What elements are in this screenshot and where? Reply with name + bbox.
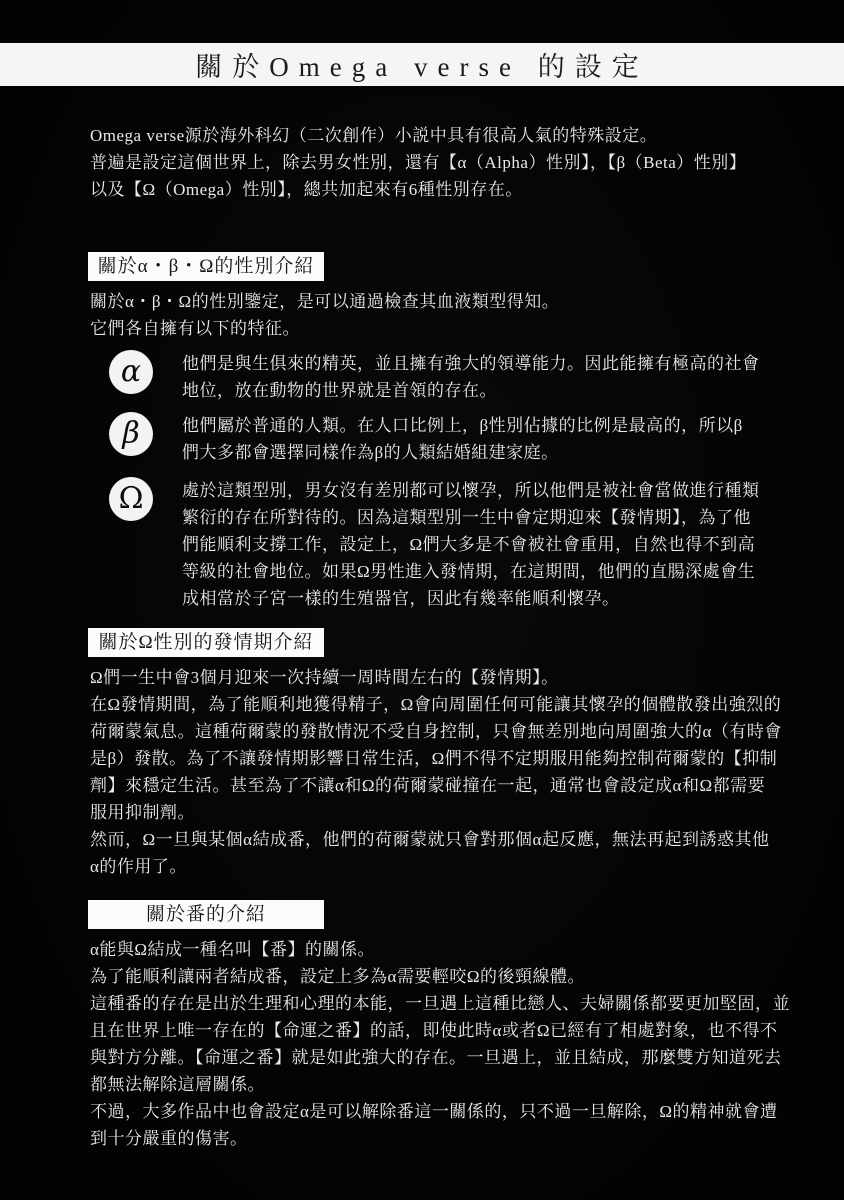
section-gender-types: 關於α・β・Ω的性別介紹 關於α・β・Ω的性別鑒定，是可以通過檢查其血液類型得知… (90, 252, 796, 612)
omega-badge-icon: Ω (109, 477, 153, 521)
intro-paragraph: Omega verse源於海外科幻（二次創作）小説中具有很高人氣的特殊設定。 普… (90, 122, 796, 203)
gender-types-heading-box: 關於α・β・Ω的性別介紹 (88, 252, 324, 281)
section-pair-bond: 關於番的介紹 α能與Ω結成一種名叫【番】的關係。 為了能順利讓兩者結成番，設定上… (90, 900, 796, 1152)
alpha-description: 他們是與生俱來的精英，並且擁有強大的領導能力。因此能擁有極高的社會 地位，放在動… (182, 350, 796, 404)
beta-description: 他們屬於普通的人類。在人口比例上，β性別佔據的比例是最高的，所以β 們大多都會選… (182, 412, 796, 466)
gender-types-heading-label: 關於α・β・Ω的性別介紹 (98, 253, 315, 280)
pair-bond-body: α能與Ω結成一種名叫【番】的關係。 為了能順利讓兩者結成番，設定上多為α需要輕咬… (90, 936, 796, 1152)
omegaverse-info-page: 關於Omega verse 的設定 Omega verse源於海外科幻（二次創作… (0, 0, 844, 1200)
gender-types-intro: 關於α・β・Ω的性別鑒定，是可以通過檢查其血液類型得知。 它們各自擁有以下的特征… (90, 288, 796, 342)
pair-bond-heading-label: 關於番的介紹 (146, 901, 266, 928)
beta-badge-icon: β (109, 412, 153, 456)
page-content: Omega verse源於海外科幻（二次創作）小説中具有很高人氣的特殊設定。 普… (90, 122, 796, 1152)
page-title: 關於Omega verse 的設定 (195, 45, 648, 84)
heat-period-body: Ω們一生中會3個月迎來一次持續一周時間左右的【發情期】。 在Ω發情期間，為了能順… (90, 664, 796, 880)
pair-bond-heading-box: 關於番的介紹 (88, 900, 324, 929)
section-heat-period: 關於Ω性別的發情期介紹 Ω們一生中會3個月迎來一次持續一周時間左右的【發情期】。… (90, 628, 796, 880)
heat-period-heading-box: 關於Ω性別的發情期介紹 (88, 628, 324, 657)
beta-row: β 他們屬於普通的人類。在人口比例上，β性別佔據的比例是最高的，所以β 們大多都… (90, 412, 796, 466)
omega-row: Ω 處於這類型別，男女沒有差別都可以懷孕，所以他們是被社會當做進行種類 繁衍的存… (90, 477, 796, 612)
alpha-badge-icon: α (109, 350, 153, 394)
title-band: 關於Omega verse 的設定 (0, 43, 844, 86)
heat-period-heading-label: 關於Ω性別的發情期介紹 (98, 629, 313, 656)
alpha-row: α 他們是與生俱來的精英，並且擁有強大的領導能力。因此能擁有極高的社會 地位，放… (90, 350, 796, 404)
omega-description: 處於這類型別，男女沒有差別都可以懷孕，所以他們是被社會當做進行種類 繁衍的存在所… (182, 477, 796, 612)
